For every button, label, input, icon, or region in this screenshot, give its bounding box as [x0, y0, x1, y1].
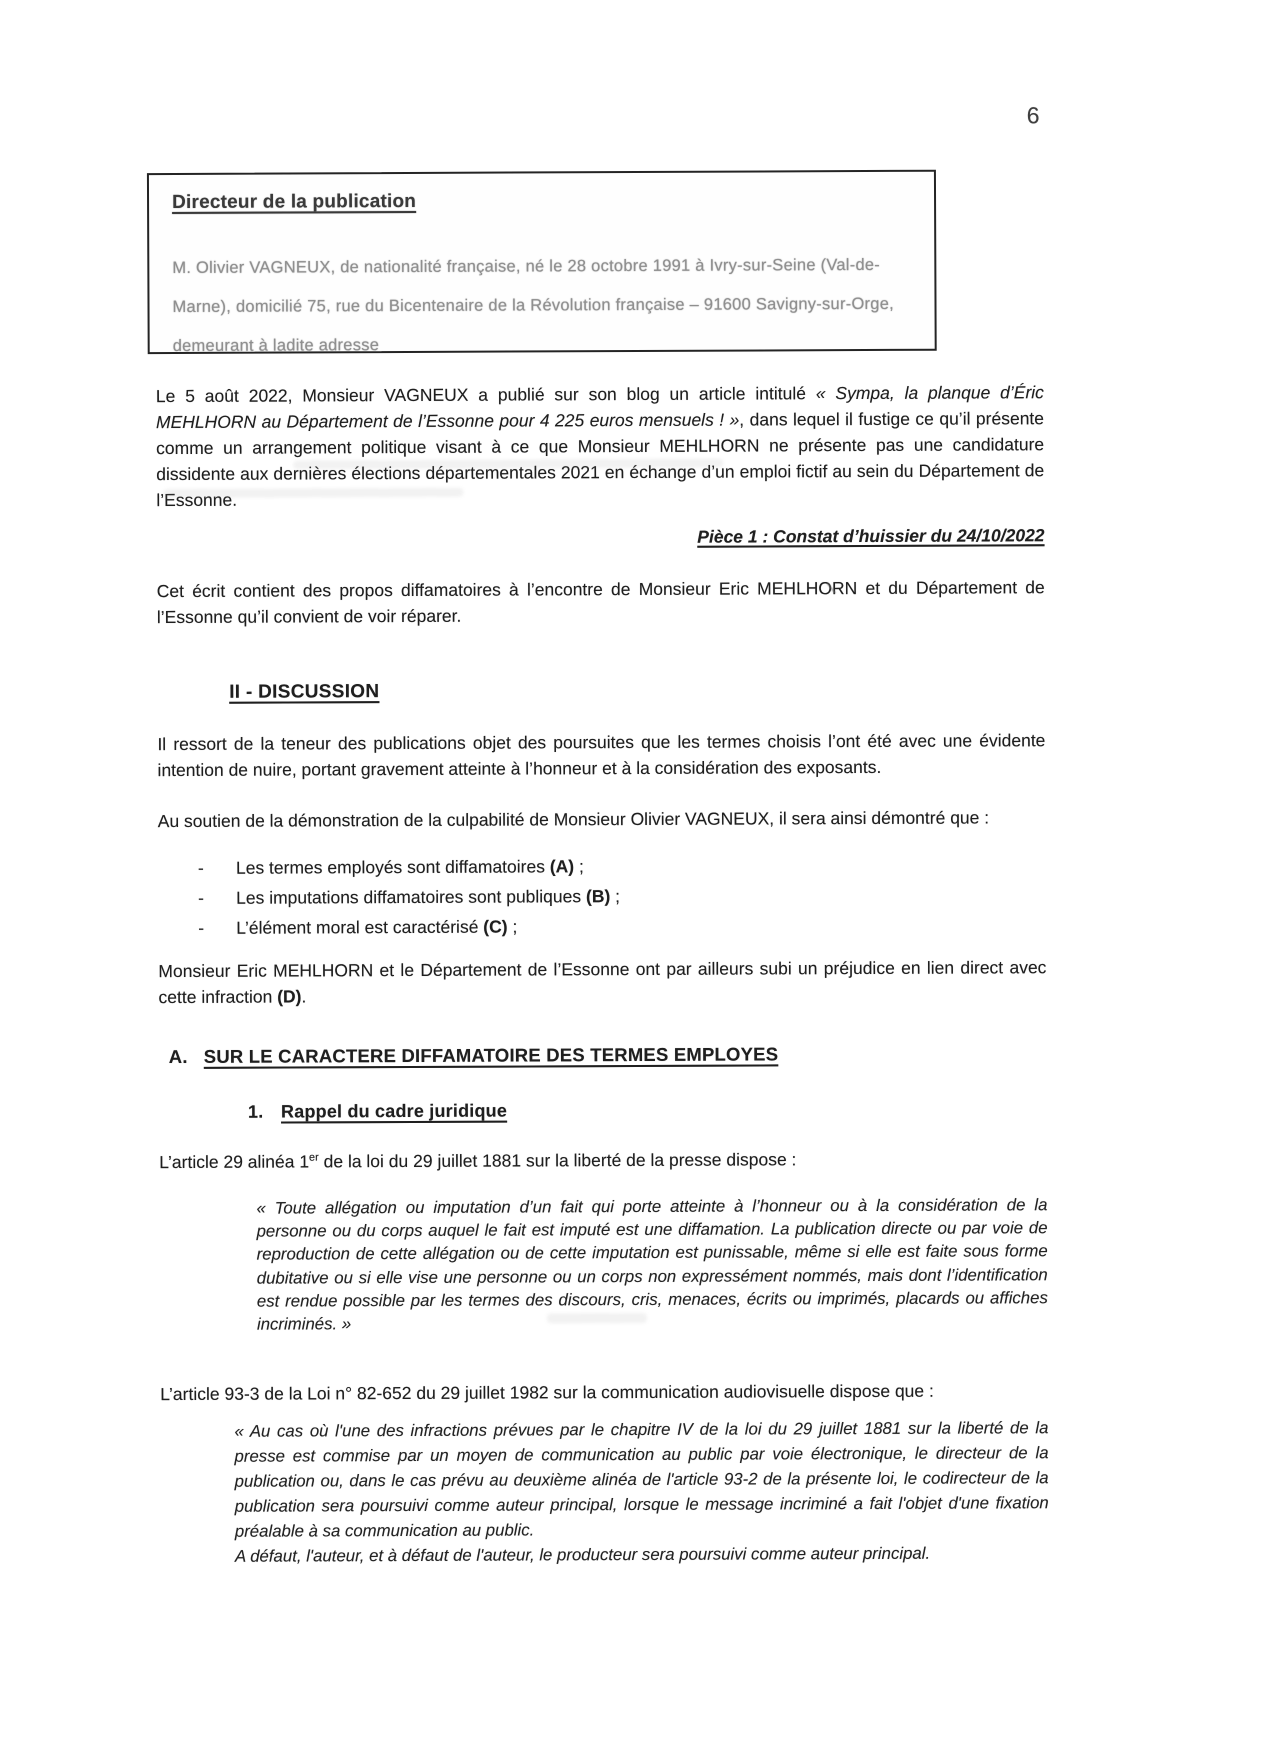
section-a-heading: A. SUR LE CARACTERE DIFFAMATOIRE DES TER…	[169, 1043, 779, 1068]
quote-law-1982-para1: « Au cas où l'une des infractions prévue…	[234, 1415, 1049, 1544]
list-item: - Les termes employés sont diffamatoires…	[198, 851, 620, 883]
soutien-paragraph: Au soutien de la démonstration de la cul…	[158, 804, 1046, 834]
publisher-box-line: demeurant à ladite adresse	[173, 324, 935, 354]
harm-paragraph: Cet écrit contient des propos diffamatoi…	[157, 574, 1045, 630]
list-item-text: Les termes employés sont diffamatoires (…	[236, 856, 584, 879]
scanned-content: 6 Directeur de la publication M. Olivier…	[0, 0, 1275, 1754]
section-a-title: SUR LE CARACTERE DIFFAMATOIRE DES TERMES…	[204, 1043, 779, 1068]
list-dash: -	[198, 917, 236, 938]
publisher-box-heading: Directeur de la publication	[172, 191, 416, 214]
subsection-1-title: Rappel du cadre juridique	[281, 1101, 507, 1123]
ressort-paragraph: Il ressort de la teneur des publications…	[157, 727, 1045, 783]
document-page: 6 Directeur de la publication M. Olivier…	[0, 0, 1275, 1754]
quote-law-1881: « Toute allégation ou imputation d’un fa…	[256, 1193, 1048, 1336]
list-dash: -	[198, 857, 236, 878]
list-item: - Les imputations diffamatoires sont pub…	[198, 881, 620, 913]
list-item-text: Les imputations diffamatoires sont publi…	[236, 886, 620, 909]
discussion-heading: II - DISCUSSION	[229, 681, 379, 704]
scan-artifact	[547, 1313, 647, 1323]
page-number: 6	[1027, 102, 1041, 129]
piece-reference: Pièce 1 : Constat d’huissier du 24/10/20…	[156, 525, 1044, 550]
subsection-1-label: 1.	[248, 1102, 281, 1123]
publisher-box-line: Marne), domicilié 75, rue du Bicentenair…	[172, 285, 934, 327]
quote-law-1982-para2: A défaut, l'auteur, et à défaut de l'aut…	[235, 1540, 1049, 1569]
prejudice-paragraph: Monsieur Eric MEHLHORN et le Département…	[158, 954, 1046, 1010]
subsection-1-heading: 1. Rappel du cadre juridique	[248, 1101, 507, 1123]
list-item-text: L’élément moral est caractérisé (C) ;	[236, 916, 517, 938]
publisher-info-box: Directeur de la publication M. Olivier V…	[147, 170, 937, 354]
list-dash: -	[198, 887, 236, 908]
publisher-box-line: M. Olivier VAGNEUX, de nationalité franç…	[172, 246, 934, 288]
list-item: - L’élément moral est caractérisé (C) ;	[198, 911, 620, 943]
scan-artifact	[293, 459, 723, 470]
scan-artifact	[163, 488, 463, 498]
publisher-box-body: M. Olivier VAGNEUX, de nationalité franç…	[172, 246, 935, 354]
demonstration-list: - Les termes employés sont diffamatoires…	[198, 851, 620, 943]
quote-law-1982: « Au cas où l'une des infractions prévue…	[234, 1415, 1049, 1569]
section-a-label: A.	[169, 1046, 204, 1068]
article93-intro: L’article 93-3 de la Loi n° 82-652 du 29…	[160, 1377, 1048, 1407]
article29-intro: L’article 29 alinéa 1er de la loi du 29 …	[159, 1145, 1047, 1175]
